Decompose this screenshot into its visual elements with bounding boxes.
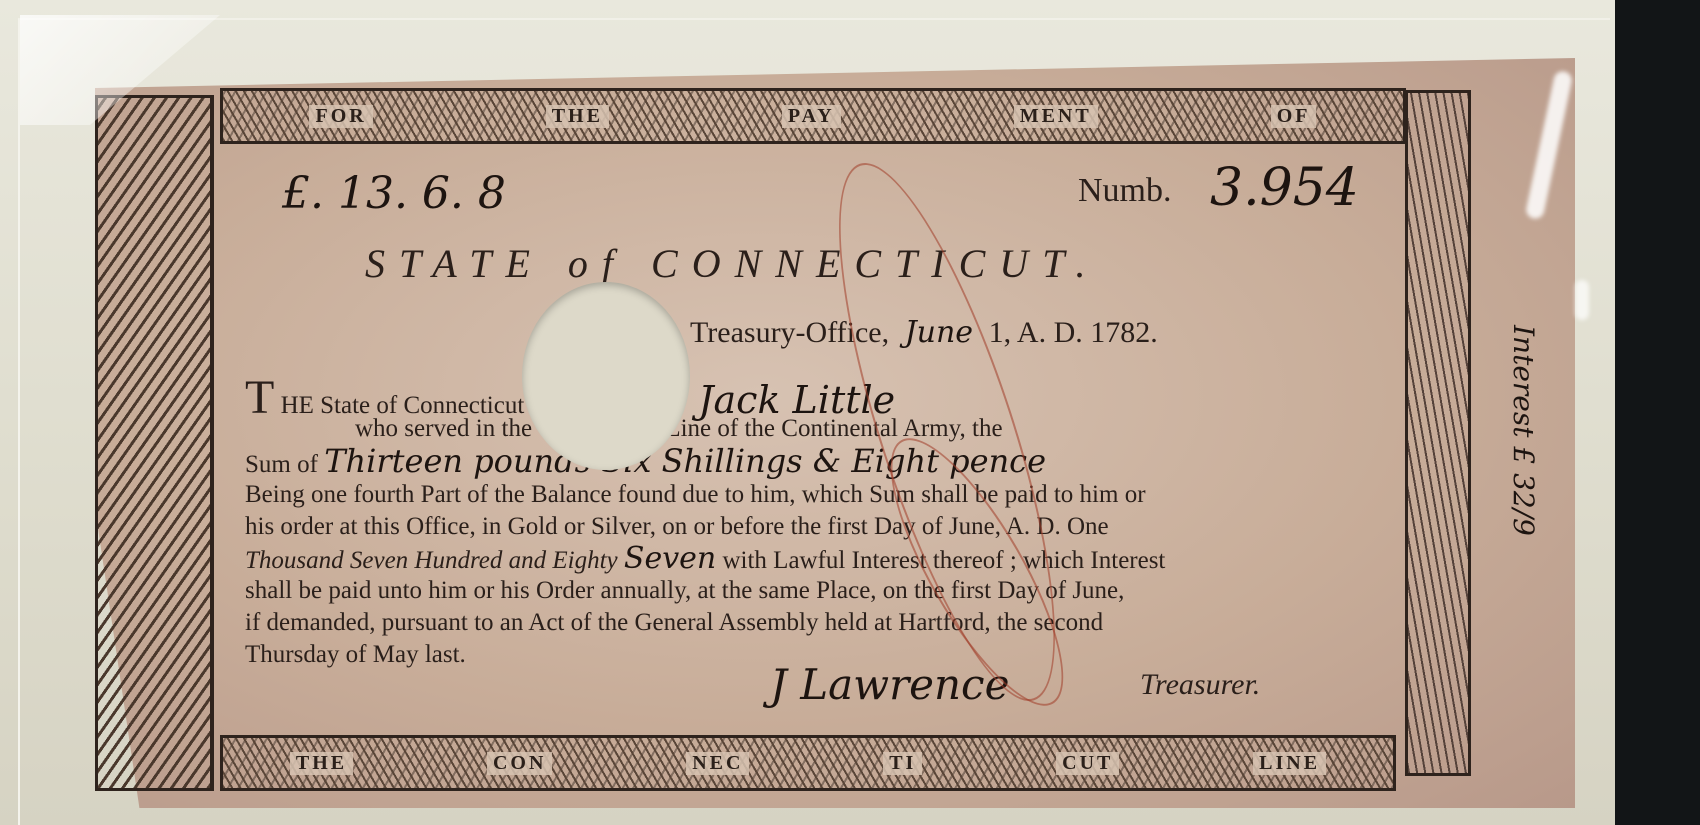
border-word: NEC bbox=[686, 752, 749, 775]
body-line-9: Thursday of May last. bbox=[245, 638, 466, 671]
border-word: PAY bbox=[782, 105, 841, 128]
treasurer-signature: J Lawrence bbox=[770, 660, 1009, 709]
sleeve-glare bbox=[1575, 280, 1589, 320]
date-year: 1, A. D. 1782. bbox=[989, 316, 1158, 349]
number-value: 3.954 bbox=[1210, 158, 1359, 218]
body-text-italic: Thousand Seven Hundred and Eighty bbox=[245, 547, 618, 574]
number-label: Numb. bbox=[1078, 172, 1172, 210]
border-word: LINE bbox=[1253, 752, 1326, 775]
border-word: THE bbox=[546, 105, 609, 128]
bottom-ornamental-border: THE CON NEC TI CUT LINE bbox=[220, 735, 1396, 791]
drop-cap: T bbox=[245, 371, 274, 424]
year-handwritten: Seven bbox=[624, 541, 716, 576]
left-ornamental-border bbox=[95, 95, 214, 791]
border-word: TI bbox=[883, 752, 922, 775]
border-word: THE bbox=[290, 752, 353, 775]
border-word: CON bbox=[487, 752, 552, 775]
top-ornamental-border: FOR THE PAY MENT OF bbox=[220, 88, 1406, 144]
dark-background bbox=[1615, 0, 1700, 825]
border-word: OF bbox=[1271, 105, 1317, 128]
amount: £. 13. 6. 8 bbox=[282, 168, 506, 219]
cancellation-hole bbox=[522, 282, 690, 470]
border-word: CUT bbox=[1056, 752, 1119, 775]
document-title: STATE of CONNECTICUT. bbox=[365, 240, 1099, 287]
body-text: Sum of bbox=[245, 451, 318, 478]
border-word: FOR bbox=[309, 105, 372, 128]
margin-note: Interest £ 32/9 bbox=[1507, 325, 1540, 536]
treasurer-title: Treasurer. bbox=[1140, 668, 1260, 702]
border-word: MENT bbox=[1014, 105, 1098, 128]
right-ornamental-border bbox=[1405, 90, 1471, 776]
